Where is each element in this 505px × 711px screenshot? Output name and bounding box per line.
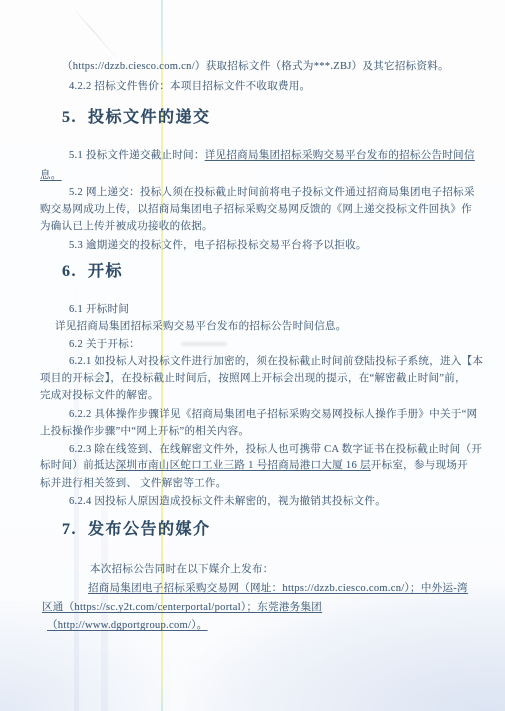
text-segment: 项目的开标会】，在投标截止时间后，按照网上开标会出现的提示，在“解密截止时间”前…	[40, 373, 466, 384]
scanned-document-page: （https://dzzb.ciesco.com.cn/）获取招标文件（格式为*…	[0, 0, 505, 711]
text-line: 6.2.3 除在线签到、在线解密文件外，投标人也可携带 CA 数字证书在投标截止…	[69, 443, 482, 457]
section-heading: 5. 投标文件的递交	[62, 108, 211, 128]
text-line: 5.1 投标文件递交截止时间：详见招商局集团招标采购交易平台发布的招标公告时间信	[69, 149, 475, 163]
text-line: 息。	[40, 169, 62, 183]
text-segment: 标并进行相关签到、 文件解密等工作。	[40, 478, 227, 489]
text-segment: 5.3 逾期递交的投标文件，电子招标投标交易平台将予以拒收。	[69, 240, 367, 251]
text-segment: 上投标操作步骤”中“网上开标”的相关内容。	[40, 426, 249, 437]
text-segment: 标时间）前抵达	[40, 460, 116, 471]
text-segment: 6. 开标	[62, 263, 123, 280]
text-segment: 6.2.4 因投标人原因造成投标文件未解密的，视为撤销其投标文件。	[69, 496, 386, 507]
text-segment: 6.2 关于开标：	[69, 339, 140, 350]
text-segment: 5. 投标文件的递交	[62, 109, 211, 126]
text-segment: 为确认已上传并被成功接收的依据。	[40, 221, 213, 232]
underlined-text: 息。	[40, 170, 62, 181]
text-segment: 7. 发布公告的媒介	[62, 521, 211, 538]
text-line: 完成对投标文件的解密。	[40, 389, 159, 403]
text-line: 6.2.2 具体操作步骤详见《招商局集团电子招标采购交易网投标人操作手册》中关于…	[69, 408, 477, 422]
underlined-text: 区通（https://sc.y2t.com/centerportal/porta…	[42, 602, 322, 613]
text-line: 4.2.2 招标文件售价：本项目招标文件不收取费用。	[69, 80, 310, 94]
text-line: 5.3 逾期递交的投标文件，电子招标投标交易平台将予以拒收。	[69, 239, 367, 253]
text-segment: 6.1 开标时间	[69, 304, 129, 315]
text-line: 详见招商局集团招标采购交易平台发布的招标公告时间信息。	[55, 320, 347, 334]
text-segment: （https://dzzb.ciesco.com.cn/）获取招标文件（格式为*…	[62, 61, 449, 72]
paper-crease-artifact	[72, 7, 119, 60]
text-line: 区通（https://sc.y2t.com/centerportal/porta…	[42, 601, 322, 615]
text-line: 6.2.1 如投标人对投标文件进行加密的，须在投标截止时间前登陆投标子系统，进入…	[69, 355, 483, 369]
text-segment: 5.1 投标文件递交截止时间：	[69, 150, 205, 161]
text-line: 6.2.4 因投标人原因造成投标文件未解密的，视为撤销其投标文件。	[69, 495, 386, 509]
underlined-text: 详见招商局集团招标采购交易平台发布的招标公告时间信	[205, 150, 475, 161]
text-line: 5.2 网上递交：投标人须在投标截止时间前将电子投标文件通过招商局集团电子招标采	[69, 186, 475, 200]
text-line: 项目的开标会】，在投标截止时间后，按照网上开标会出现的提示，在“解密截止时间”前…	[40, 372, 466, 386]
text-segment: 详见招商局集团招标采购交易平台发布的招标公告时间信息。	[55, 321, 347, 332]
scan-shadow-bottom-left	[0, 601, 170, 711]
text-line: 购交易网成功上传，以招商局集团电子招标采购交易网反馈的《网上递交投标文件回执》作	[40, 203, 472, 217]
text-segment: 5.2 网上递交：投标人须在投标截止时间前将电子投标文件通过招商局集团电子招标采	[69, 187, 475, 198]
text-line: 标时间）前抵达深圳市南山区蛇口工业三路 1 号招商局港口大厦 16 层开标室，参…	[40, 459, 468, 473]
text-segment: 完成对投标文件的解密。	[40, 390, 159, 401]
text-segment: 购交易网成功上传，以招商局集团电子招标采购交易网反馈的《网上递交投标文件回执》作	[40, 204, 472, 215]
section-heading: 7. 发布公告的媒介	[62, 520, 211, 540]
text-line: 6.2 关于开标：	[69, 338, 140, 352]
underlined-text: 深圳市南山区蛇口工业三路 1 号招商局港口大厦 16 层	[116, 460, 371, 471]
text-segment: 4.2.2 招标文件售价：本项目招标文件不收取费用。	[69, 81, 310, 92]
text-line: （http://www.dgportgroup.com/）。	[47, 619, 208, 633]
text-segment: 本次招标公告同时在以下媒介上发布：	[90, 564, 274, 575]
text-segment: 6.2.3 除在线签到、在线解密文件外，投标人也可携带 CA 数字证书在投标截止…	[69, 444, 482, 455]
text-segment: 开标室，参与现场开	[371, 460, 468, 471]
pencil-smudge-artifact	[181, 342, 227, 346]
text-segment: 6.2.1 如投标人对投标文件进行加密的，须在投标截止时间前登陆投标子系统，进入…	[69, 356, 483, 367]
text-line: 招商局集团电子招标采购交易网（网址：https://dzzb.ciesco.co…	[88, 582, 468, 596]
text-line: 本次招标公告同时在以下媒介上发布：	[90, 563, 274, 577]
underlined-text: （http://www.dgportgroup.com/）。	[47, 620, 208, 631]
text-segment: 6.2.2 具体操作步骤详见《招商局集团电子招标采购交易网投标人操作手册》中关于…	[69, 409, 477, 420]
text-line: （https://dzzb.ciesco.com.cn/）获取招标文件（格式为*…	[62, 60, 449, 74]
text-line: 上投标操作步骤”中“网上开标”的相关内容。	[40, 425, 249, 439]
text-line: 标并进行相关签到、 文件解密等工作。	[40, 477, 227, 491]
section-heading: 6. 开标	[62, 262, 123, 282]
underlined-text: 招商局集团电子招标采购交易网（网址：https://dzzb.ciesco.co…	[88, 583, 468, 594]
text-line: 为确认已上传并被成功接收的依据。	[40, 220, 213, 234]
text-line: 6.1 开标时间	[69, 303, 129, 317]
